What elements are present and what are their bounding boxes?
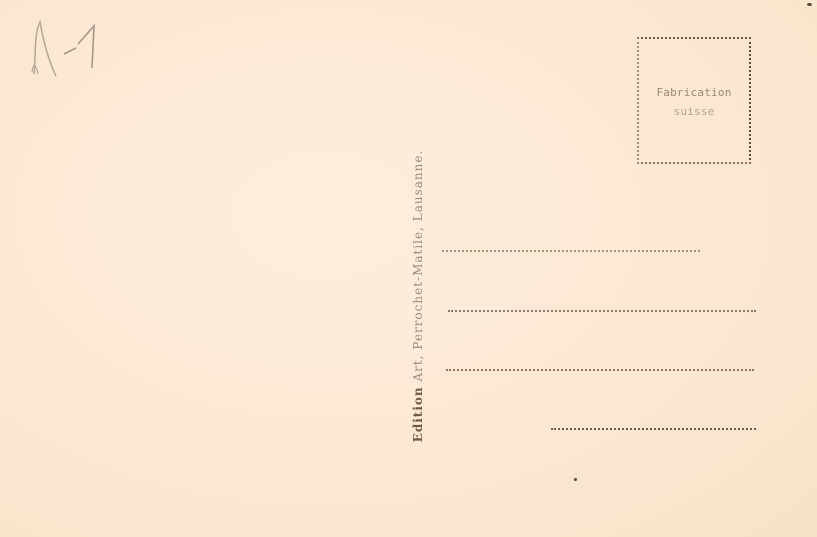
publisher-rest: Art, Perrochet-Matile, Lausanne. (411, 150, 425, 387)
ink-speck (807, 3, 812, 6)
stamp-placeholder-box: Fabrication suisse (637, 37, 751, 164)
publisher-prefix: Edition (411, 386, 425, 442)
stamp-box-text: Fabrication suisse (639, 83, 749, 121)
address-line-2 (448, 310, 756, 312)
ink-speck (574, 478, 577, 481)
stamp-line-2: suisse (639, 102, 749, 121)
address-line-1 (442, 250, 700, 252)
publisher-imprint: Edition Art, Perrochet-Matile, Lausanne. (411, 150, 425, 443)
stamp-line-1: Fabrication (639, 83, 749, 102)
address-line-4 (551, 428, 756, 430)
handwritten-note (26, 14, 106, 84)
postcard-back: Fabrication suisse Edition Art, Perroche… (0, 0, 817, 537)
address-line-3 (446, 369, 754, 371)
